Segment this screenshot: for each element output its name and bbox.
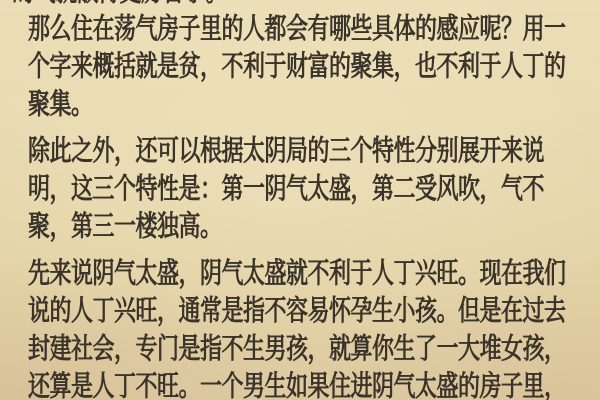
paragraph-2: 除此之外，还可以根据太阴局的三个特性分别展开来说 明，这三个特性是：第一阴气太盛…	[28, 133, 593, 246]
clipped-previous-paragraph-line: 的气就散得更厉害了。	[12, 0, 593, 11]
paragraph-3: 先来说阴气太盛，阴气太盛就不利于人丁兴旺。现在我们 说的人丁兴旺，通常是指不容易…	[28, 255, 593, 400]
text-line: 先来说阴气太盛，阴气太盛就不利于人丁兴旺。现在我们	[28, 255, 593, 293]
paragraph-1: 那么住在荡气房子里的人都会有哪些具体的感应呢？用一 个字来概括就是贫，不利于财富…	[28, 11, 593, 124]
text-line: 说的人丁兴旺，通常是指不容易怀孕生小孩。但是在过去	[28, 293, 593, 331]
ebook-page: { "colors": { "background_top": "#ebdeb6…	[0, 0, 600, 400]
text-line: 明，这三个特性是：第一阴气太盛，第二受风吹，气不	[28, 171, 593, 209]
text-line: 封建社会，专门是指不生男孩，就算你生了一大堆女孩，	[28, 331, 593, 369]
text-line: 聚集。	[28, 86, 593, 124]
text-line: 那么住在荡气房子里的人都会有哪些具体的感应呢？用一	[28, 11, 593, 49]
parchment-background: 的气就散得更厉害了。 那么住在荡气房子里的人都会有哪些具体的感应呢？用一 个字来…	[0, 0, 600, 400]
text-line: 除此之外，还可以根据太阴局的三个特性分别展开来说	[28, 133, 593, 171]
text-line: 还算是人丁不旺。一个男生如果住进阴气太盛的房子里，	[28, 368, 593, 400]
text-line: 个字来概括就是贫，不利于财富的聚集，也不利于人丁的	[28, 48, 593, 86]
article-text: 的气就散得更厉害了。 那么住在荡气房子里的人都会有哪些具体的感应呢？用一 个字来…	[28, 0, 593, 400]
text-line: 聚，第三一楼独高。	[28, 208, 593, 246]
